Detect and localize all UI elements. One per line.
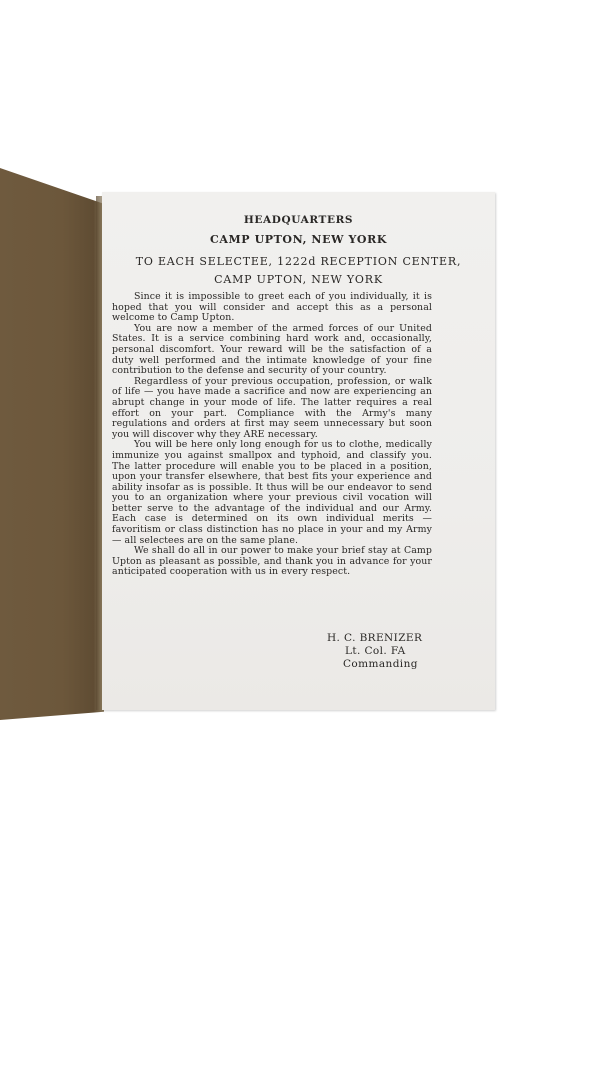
paragraph-classification: You will be here only long enough for us… <box>112 440 432 546</box>
paragraph-armed-forces: You are now a member of the armed forces… <box>112 324 432 377</box>
signature-rank: Lt. Col. FA <box>327 645 422 658</box>
heading: HEADQUARTERS <box>102 214 495 226</box>
booklet-page: HEADQUARTERS CAMP UPTON, NEW YORK TO EAC… <box>102 192 495 710</box>
paragraph-closing: We shall do all in our power to make you… <box>112 546 432 578</box>
paragraph-greeting: Since it is impossible to greet each of … <box>112 292 432 324</box>
signature-block: H. C. BRENIZER Lt. Col. FA Commanding <box>327 632 422 671</box>
addressee-line-1: TO EACH SELECTEE, 1222d RECEPTION CENTER… <box>102 255 495 268</box>
paragraph-sacrifice: Regardless of your previous occupation, … <box>112 377 432 441</box>
booklet-cover <box>0 168 104 720</box>
addressee-line-2: CAMP UPTON, NEW YORK <box>102 273 495 286</box>
signature-name: H. C. BRENIZER <box>327 632 422 645</box>
location-heading: CAMP UPTON, NEW YORK <box>102 233 495 246</box>
letter-body: Since it is impossible to greet each of … <box>112 292 432 578</box>
signature-role: Commanding <box>327 658 422 671</box>
